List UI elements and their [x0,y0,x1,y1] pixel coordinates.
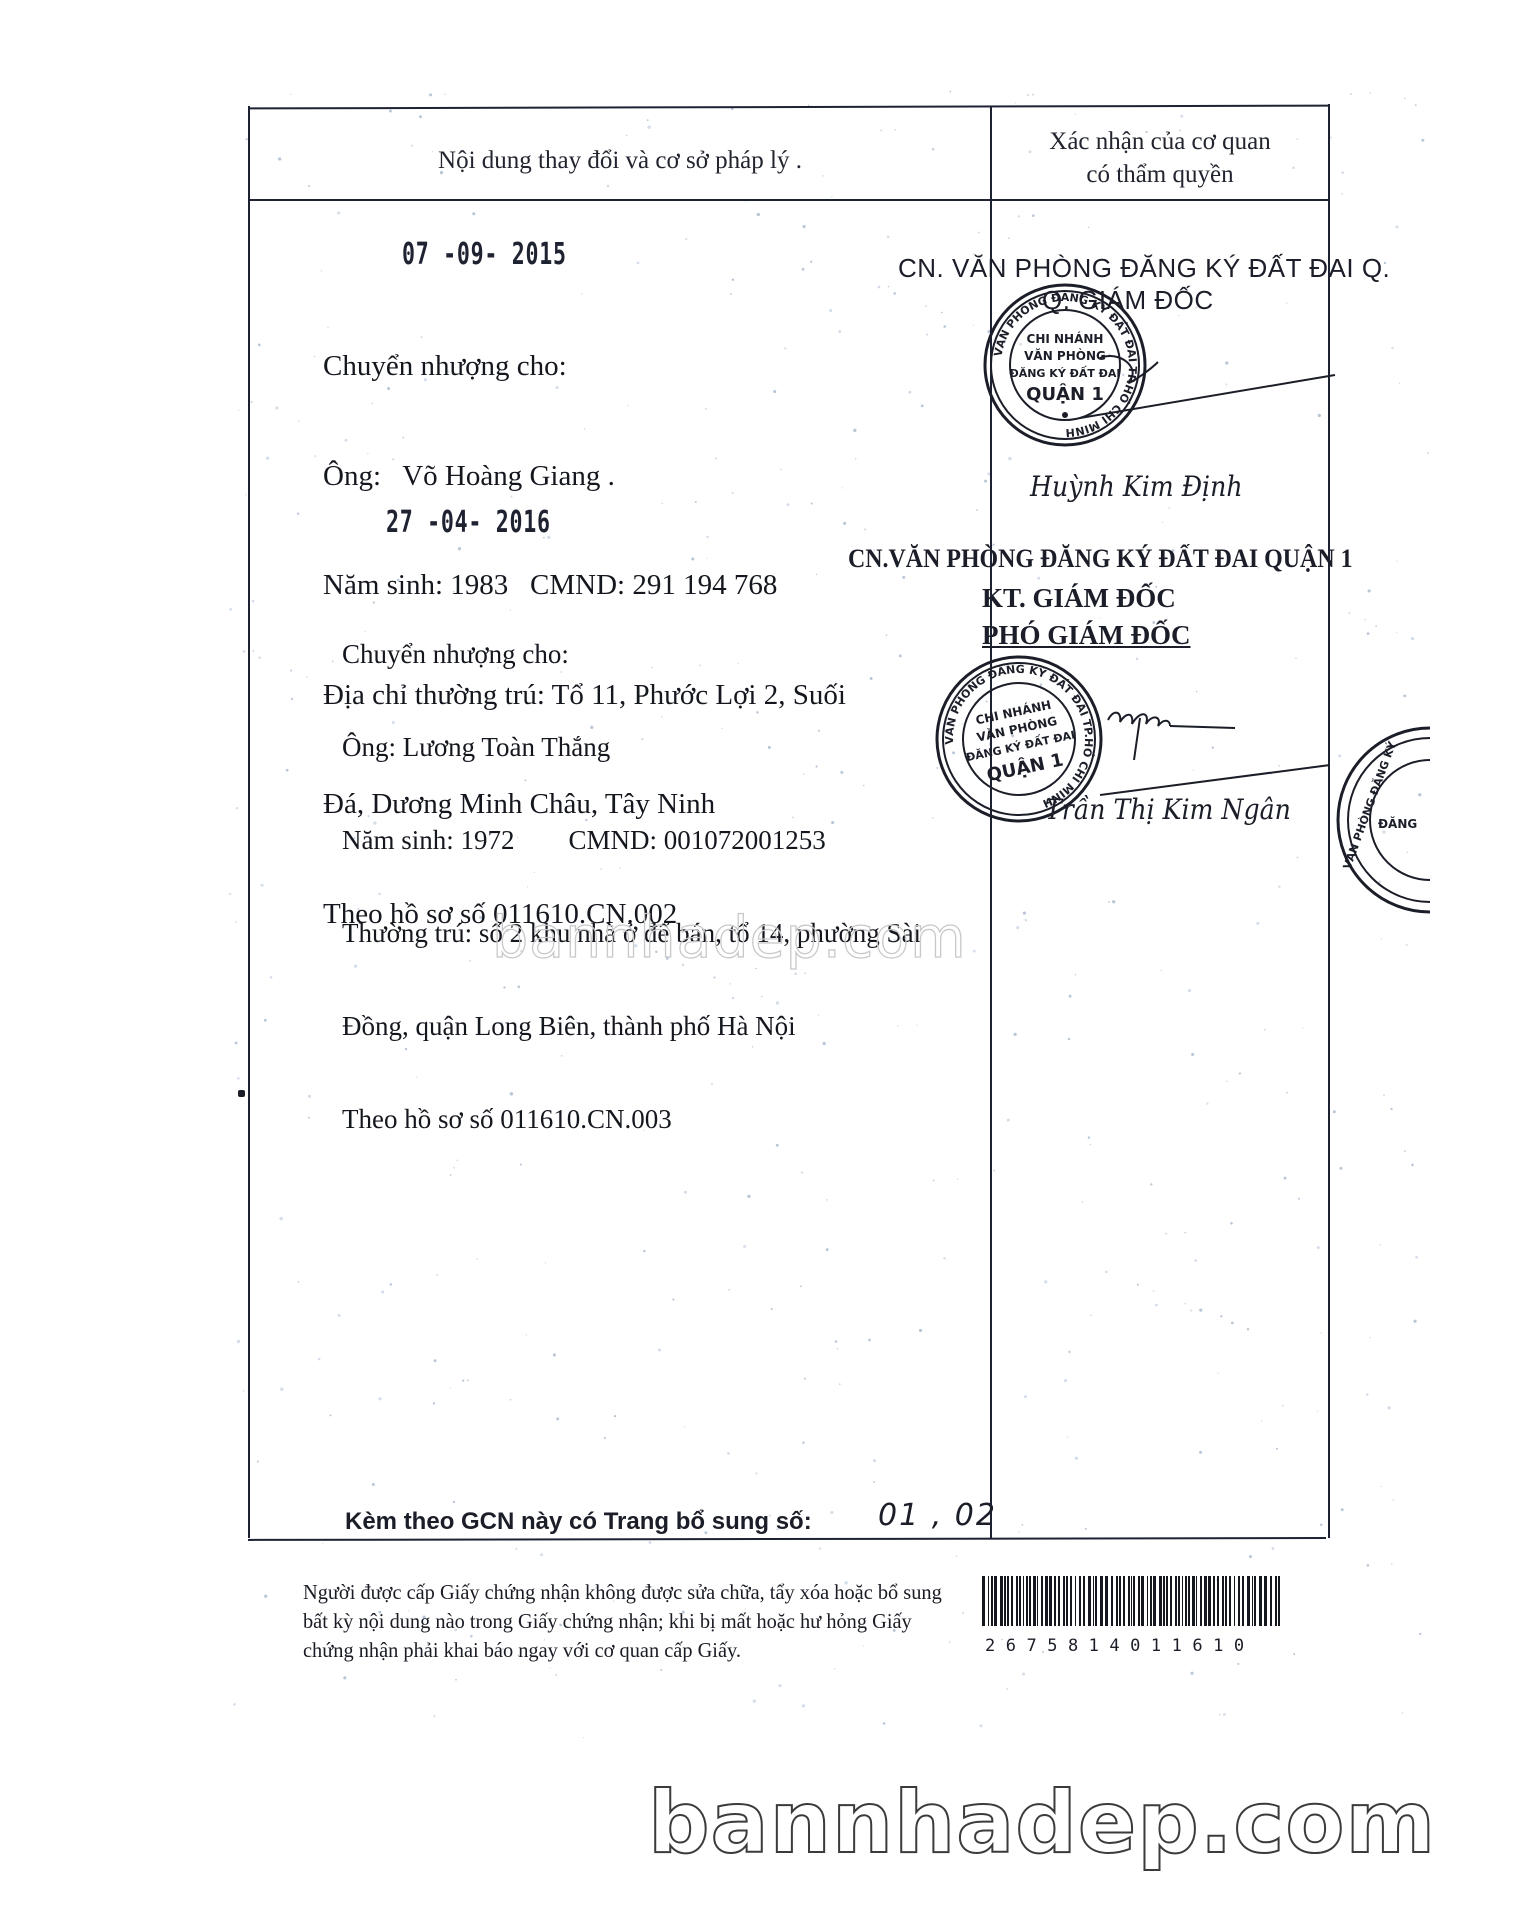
entry-2-line: Đồng, quận Long Biên, thành phố Hà Nội [342,1011,921,1042]
entry-1-line: Ông: Võ Hoàng Giang . [323,458,846,495]
header-authority-confirmation-line1: Xác nhận của cơ quan [992,125,1328,158]
entry-2-text: Chuyển nhượng cho: Ông: Lương Toàn Thắng… [342,577,921,1197]
watermark-footer: bannhadep.com [648,1773,1436,1873]
auth-2-signer-name: Trần Thị Kim Ngân [1045,793,1291,826]
partial-seal-icon: ĐĂNG VĂN PHÒNG ĐĂNG KÝ [1320,720,1440,920]
svg-text:ĐĂNG: ĐĂNG [1378,816,1417,831]
entry-2-line: Năm sinh: 1972 CMND: 001072001253 [342,825,921,856]
auth-2-title-line1: KT. GIÁM ĐỐC [982,583,1176,614]
auth-2-title-line2: PHÓ GIÁM ĐỐC [982,620,1191,651]
attachment-label: Kèm theo GCN này có Trang bổ sung số: [345,1508,812,1536]
entry-2-date-stamp: 27 -04- 2016 [386,505,551,540]
margin-mark [238,1090,245,1097]
auth-2-office: CN.VĂN PHÒNG ĐĂNG KÝ ĐẤT ĐAI QUẬN 1 [848,544,1353,574]
watermark-center: bannhadep.com [492,905,967,971]
scanned-certificate-page: Nội dung thay đổi và cơ sở pháp lý . Xác… [0,0,1536,1919]
attachment-page-numbers: 01 , 02 [878,1498,997,1533]
signature-2-icon [1100,690,1340,800]
table-header-divider [248,199,1330,201]
entry-1-line: Chuyển nhượng cho: [323,348,846,385]
table-bottom-border [248,1537,1326,1541]
barcode-icon [982,1576,1287,1626]
barcode-number: 2675814011610 [985,1636,1255,1656]
header-content-changes: Nội dung thay đổi và cơ sở pháp lý . [250,144,990,177]
header-authority-confirmation-line2: có thẩm quyền [992,158,1328,191]
auth-1-signer-name: Huỳnh Kim Định [1030,470,1243,503]
entry-2-line: Theo hồ sơ số 011610.CN.003 [342,1104,921,1135]
signature-1-icon [1080,340,1340,430]
table-left-border [248,106,250,1538]
entry-1-date-stamp: 07 -09- 2015 [402,237,567,272]
holder-notice: Người được cấp Giấy chứng nhận không đượ… [303,1578,963,1665]
entry-2-line: Chuyển nhượng cho: [342,639,921,670]
table-top-border [248,105,1330,110]
entry-2-line: Ông: Lương Toàn Thắng [342,732,921,763]
